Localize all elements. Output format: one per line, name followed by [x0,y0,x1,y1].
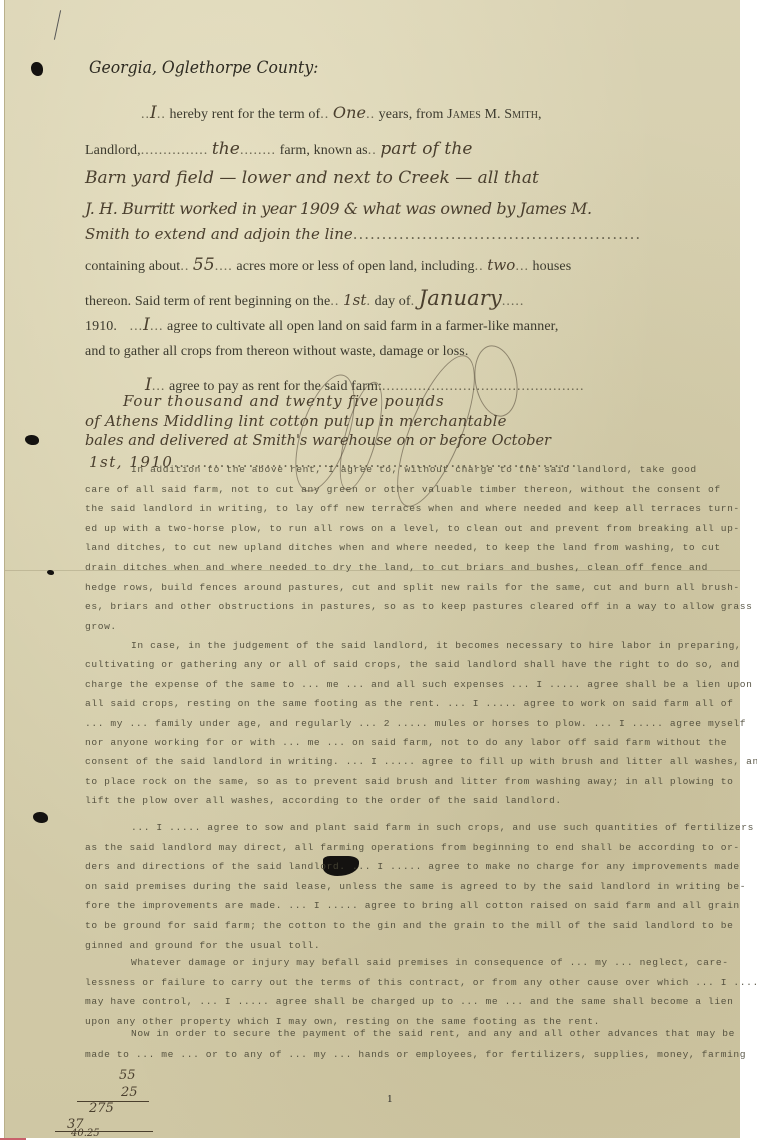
paragraph-line: upon any other property which I may own,… [85,1016,600,1027]
paragraph-line: ed up with a two-horse plow, to run all … [85,523,740,534]
page-number: 1 [387,1093,393,1105]
paragraph-line: the said landlord in writing, to lay off… [85,503,740,514]
tenant-pronoun: I [150,103,157,123]
paragraph-line: In addition to the above rent, I agree t… [131,464,697,475]
paragraph-line: to place rock on the same, so as to prev… [85,776,733,787]
lease-line-2: Landlord,............... the........ far… [85,139,473,159]
tenant-pronoun: I [143,315,150,335]
acres-value: 55 [193,255,215,275]
paragraph-line: es, briars and other obstructions in pas… [85,601,757,612]
paragraph-line: care of all said farm, not to cut any gr… [85,484,721,495]
start-month: January [419,286,502,310]
margin-calc-3: 275 [89,1101,114,1116]
paragraph-line: on said premises during the said lease, … [85,881,746,892]
paragraph-line: drain ditches when and where needed to d… [85,562,708,573]
ink-blot [33,812,48,823]
lease-line-6: containing about.. 55.... acres more or … [85,255,571,275]
paragraph-line: as the said landlord may direct, all far… [85,842,740,853]
red-edge-mark [0,1138,26,1140]
text: hereby rent for the term of [169,107,320,122]
farm-description-line-2: J. H. Burritt worked in year 1909 & what… [85,199,592,218]
houses-count: two [487,256,515,274]
text: thereon. Said term of rent beginning on … [85,294,330,309]
text: houses [533,259,572,274]
paragraph-line: to be ground for said farm; the cotton t… [85,920,733,931]
farm-description-start: part of the [380,139,472,159]
text: farm, known as [280,143,368,158]
paragraph-line: ... my ... family under age, and regular… [85,718,746,729]
paragraph-line: ginned and ground for the usual toll. [85,940,320,951]
text: years, from [379,107,444,122]
paragraph-line: made to ... me ... or to any of ... my .… [85,1049,746,1060]
paragraph-line: lessness or failure to carry out the ter… [85,977,757,988]
pen-mark [54,10,61,40]
margin-calc-1: 55 [119,1068,136,1083]
paragraph-line: land ditches, to cut new upland ditches … [85,542,721,553]
paragraph-line: cultivating or gathering any or all of s… [85,659,740,670]
term-years: One [333,103,366,122]
lease-line-8: 1910. ...I... agree to cultivate all ope… [85,315,558,335]
ink-blot [31,62,43,76]
farm-article: the [212,139,240,159]
start-day: 1st [343,291,367,309]
text: agree to cultivate all open land on said… [167,319,558,334]
scanned-document-page: Georgia, Oglethorpe County: ..I.. hereby… [4,0,740,1138]
paragraph-line: hedge rows, build fences around pastures… [85,582,740,593]
text: containing about [85,259,180,274]
paragraph-line: all said crops, resting on the same foot… [85,698,733,709]
paragraph-line: In case, in the judgement of the said la… [131,640,741,651]
start-year: 1910. [85,319,117,334]
paragraph-line: Now in order to secure the payment of th… [131,1028,735,1039]
farm-description-line-3: Smith to extend and adjoin the line.....… [85,225,641,243]
text: acres more or less of open land, includi… [236,259,474,274]
text: Landlord, [85,143,141,158]
paragraph-line: nor anyone working for or with ... me ..… [85,737,727,748]
ink-blot [25,435,39,445]
paragraph-line: grow. [85,621,117,632]
signature-scrawl [469,342,523,420]
text: Smith to extend and adjoin the line [85,225,353,243]
ink-blot [47,570,54,575]
paragraph-line: charge the expense of the same to ... me… [85,679,753,690]
lease-line-1: ..I.. hereby rent for the term of.. One.… [141,103,542,123]
paragraph-line: lift the plow over all washes, according… [85,795,562,806]
paragraph-line: may have control, ... I ..... agree shal… [85,996,733,1007]
paragraph-line: ders and directions of the said landlord… [85,861,740,872]
text: day of [375,294,411,309]
margin-calc-2: 25 [121,1085,138,1100]
landlord-name: James M. Smith, [447,107,542,122]
farm-description-line-1: Barn yard field — lower and next to Cree… [85,168,539,188]
rent-amount-line-1: Four thousand and twenty five pounds [123,392,444,410]
paragraph-line: fore the improvements are made. ... I ..… [85,900,740,911]
calc-rule [55,1131,153,1132]
margin-calc-5: 40.25 [71,1128,100,1139]
lease-line-9: and to gather all crops from thereon wit… [85,344,468,360]
paragraph-line: Whatever damage or injury may befall sai… [131,957,729,968]
paragraph-line: ... I ..... agree to sow and plant said … [131,822,754,833]
lease-line-7: thereon. Said term of rent beginning on … [85,286,524,310]
document-heading: Georgia, Oglethorpe County: [89,58,318,78]
paragraph-line: consent of the said landlord in writing.… [85,756,757,767]
